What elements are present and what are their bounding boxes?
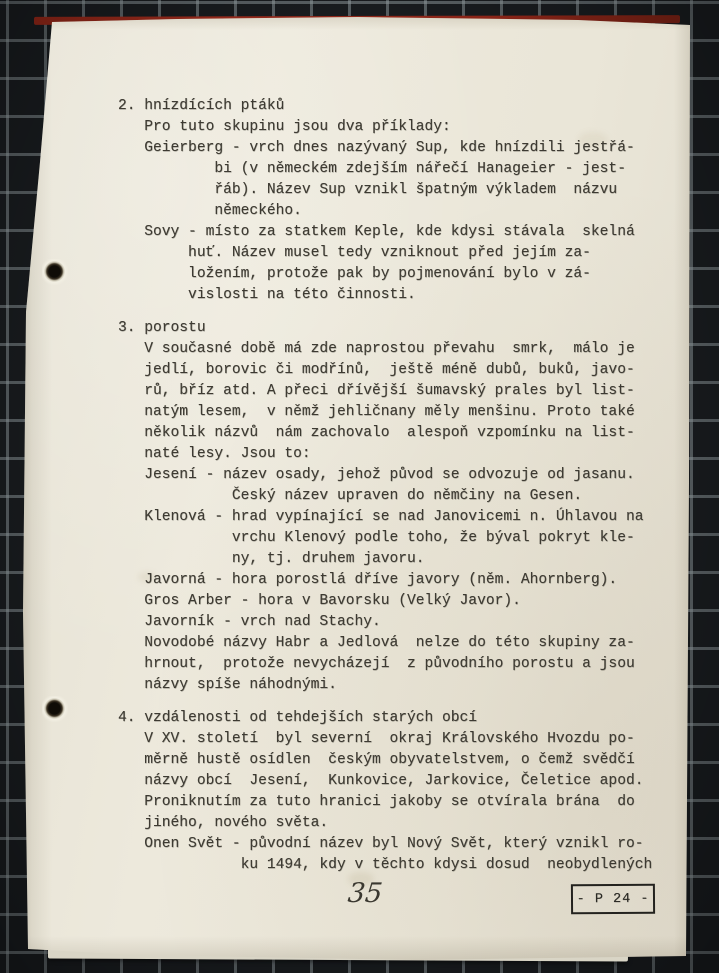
text-line: Onen Svět - původní název byl Nový Svět,… (118, 834, 678, 855)
text-line: V XV. století byl severní okraj Královsk… (118, 729, 678, 750)
punch-hole-bottom (42, 696, 68, 722)
typewritten-text: 2. hnízdících ptáků Pro tuto skupinu jso… (118, 96, 678, 876)
text-line: 4. vzdálenosti od tehdejších starých obc… (118, 708, 678, 729)
text-line: Novodobé názvy Habr a Jedlová nelze do t… (118, 633, 678, 654)
text-line: jiného, nového světa. (118, 813, 678, 834)
text-line: několik názvů nám zachovalo alespoň vzpo… (118, 423, 678, 444)
text-line: názvy spíše náhodnými. (118, 675, 678, 696)
text-line: Javorník - vrch nad Stachy. (118, 612, 678, 633)
text-line: Jesení - název osady, jehož původ se odv… (118, 465, 678, 486)
text-line: Sovy - místo za statkem Keple, kde kdysi… (118, 222, 678, 243)
text-line: naté lesy. Jsou to: (118, 444, 678, 465)
text-line: vislosti na této činnosti. (118, 285, 678, 306)
text-line: V současné době má zde naprostou převahu… (118, 339, 678, 360)
stamp-box: - P 24 - (571, 884, 655, 915)
text-line: Klenová - hrad vypínající se nad Janovic… (118, 507, 678, 528)
text-line: natým lesem, v němž jehličnany měly menš… (118, 402, 678, 423)
blank-line (118, 306, 678, 318)
text-line: řáb). Název Sup vznikl špatným výkladem … (118, 180, 678, 201)
scanner-mat-background: 2. hnízdících ptáků Pro tuto skupinu jso… (0, 0, 719, 973)
text-line: hrnout, protože nevycházejí z původního … (118, 654, 678, 675)
text-line: německého. (118, 201, 678, 222)
scanned-page: 2. hnízdících ptáků Pro tuto skupinu jso… (18, 12, 696, 962)
text-line: Gros Arber - hora v Bavorsku (Velký Javo… (118, 591, 678, 612)
text-line: Proniknutím za tuto hranici jakoby se ot… (118, 792, 678, 813)
text-line: rů, bříz atd. A přeci dřívější šumavský … (118, 381, 678, 402)
text-line: ny, tj. druhem javoru. (118, 549, 678, 570)
text-line: měrně hustě osídlen českým obyvatelstvem… (118, 750, 678, 771)
page-number: 35 (346, 878, 409, 909)
stamp-label: - P 24 - (577, 891, 650, 907)
text-line: Javorná - hora porostlá dříve javory (ně… (118, 570, 678, 591)
text-line: vrchu Klenový podle toho, že býval pokry… (118, 528, 678, 549)
text-line: ložením, protože pak by pojmenování bylo… (118, 264, 678, 285)
text-line: Pro tuto skupinu jsou dva příklady: (118, 117, 678, 138)
text-line: ku 1494, kdy v těchto kdysi dosud neobyd… (118, 855, 678, 876)
punch-hole-top (42, 259, 68, 285)
text-line: 2. hnízdících ptáků (118, 96, 678, 117)
blank-line (118, 696, 678, 708)
text-line: huť. Název musel tedy vzniknout před jej… (118, 243, 678, 264)
text-line: Geierberg - vrch dnes nazývaný Sup, kde … (118, 138, 678, 159)
text-line: 3. porostu (118, 318, 678, 339)
text-line: jedlí, borovic či modřínů, ještě méně du… (118, 360, 678, 381)
text-line: bi (v německém zdejším nářečí Hanageier … (118, 159, 678, 180)
text-line: Český název upraven do němčiny na Gesen. (118, 486, 678, 507)
text-line: názvy obcí Jesení, Kunkovice, Jarkovice,… (118, 771, 678, 792)
